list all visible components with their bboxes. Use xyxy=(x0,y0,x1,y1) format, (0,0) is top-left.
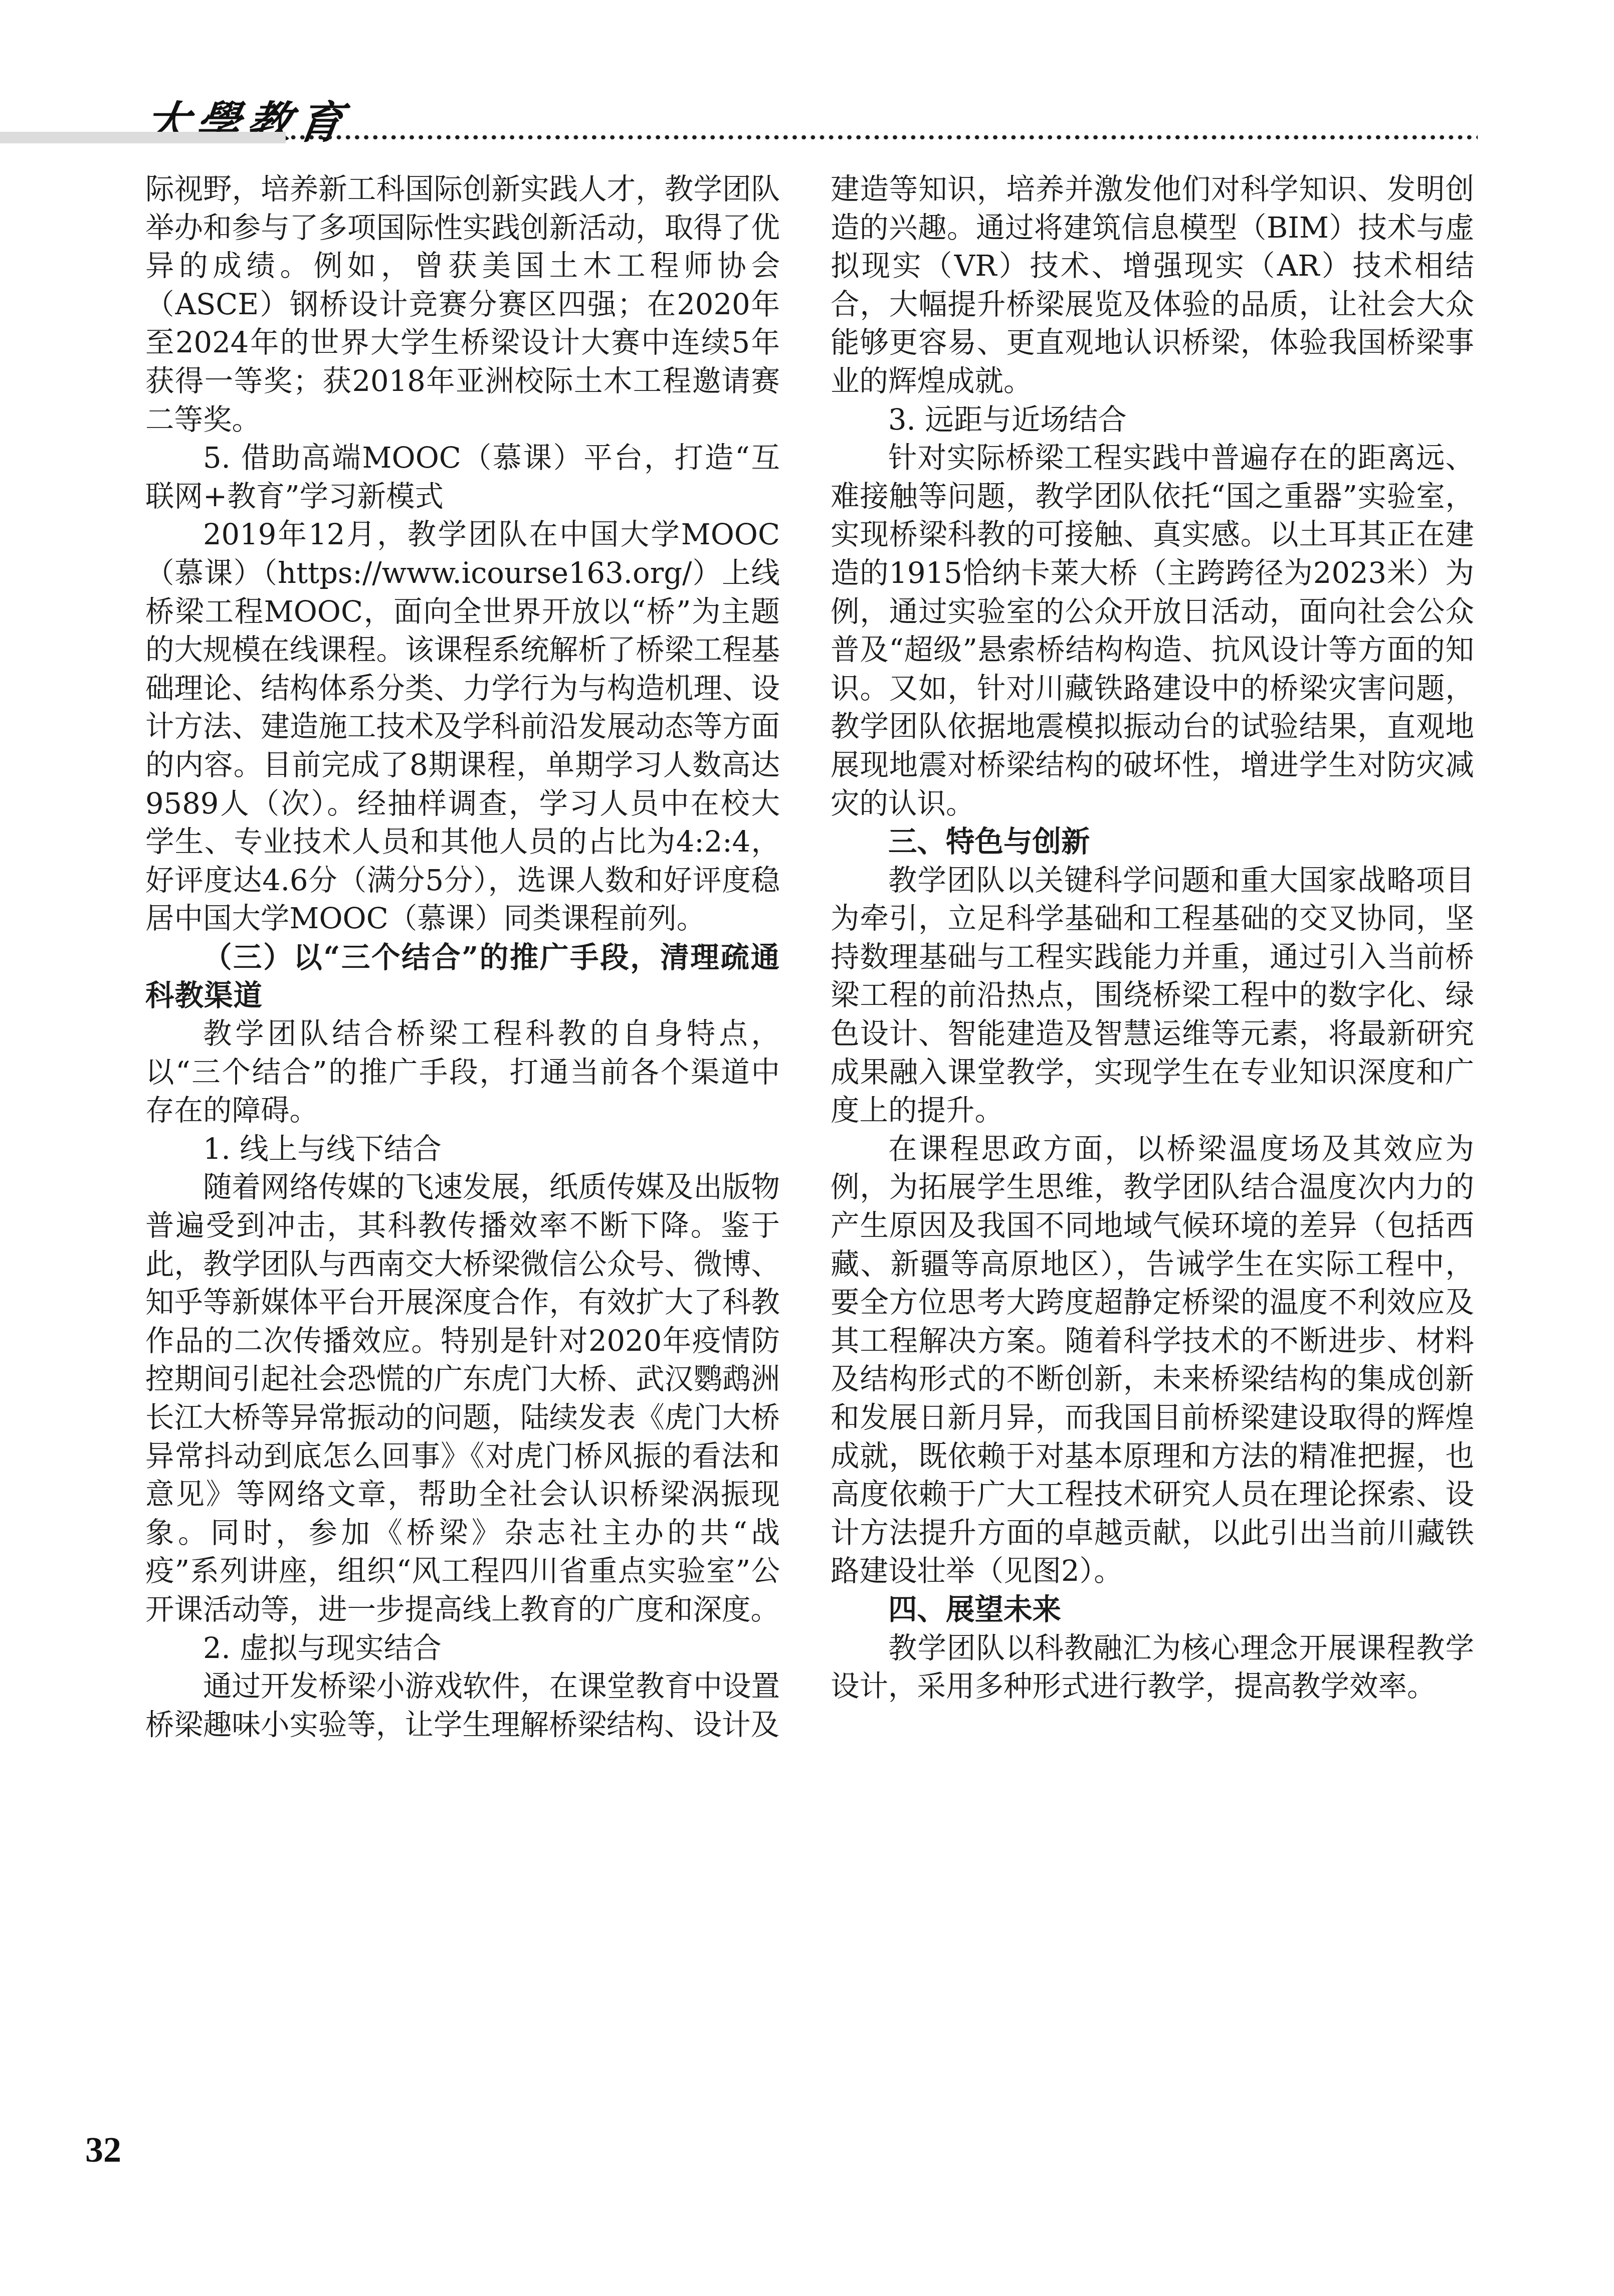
paragraph: 教学团队以关键科学问题和重大国家战略项目为牵引，立足科学基础和工程基础的交叉协同… xyxy=(831,862,1474,1130)
subheading-1: 1. 线上与线下结合 xyxy=(145,1130,780,1169)
section-title-3: 三、特色与创新 xyxy=(831,823,1474,862)
right-column: 建造等知识，培养并激发他们对科学知识、发明创造的兴趣。通过将建筑信息模型（BIM… xyxy=(831,170,1474,1706)
left-column: 际视野，培养新工科国际创新实践人才，教学团队举办和参与了多项国际性实践创新活动，… xyxy=(145,170,780,1744)
header-dotted-rule xyxy=(289,134,1478,140)
subheading-3: 3. 远距与近场结合 xyxy=(831,401,1474,440)
subheading-2: 2. 虚拟与现实结合 xyxy=(145,1629,780,1668)
paragraph: 教学团队结合桥梁工程科教的自身特点，以“三个结合”的推广手段，打通当前各个渠道中… xyxy=(145,1015,780,1130)
paragraph: 通过开发桥梁小游戏软件，在课堂教育中设置桥梁趣味小实验等，让学生理解桥梁结构、设… xyxy=(145,1667,780,1744)
paragraph: 在课程思政方面，以桥梁温度场及其效应为例，为拓展学生思维，教学团队结合温度次内力… xyxy=(831,1130,1474,1591)
page-number: 32 xyxy=(85,2129,121,2171)
paragraph: 2019年12月，教学团队在中国大学MOOC（慕课）（https://www.i… xyxy=(145,516,780,938)
paragraph: 教学团队以科教融汇为核心理念开展课程教学设计，采用多种形式进行教学，提高教学效率… xyxy=(831,1629,1474,1706)
paragraph: 际视野，培养新工科国际创新实践人才，教学团队举办和参与了多项国际性实践创新活动，… xyxy=(145,170,780,439)
paragraph: 针对实际桥梁工程实践中普遍存在的距离远、难接触等问题，教学团队依托“国之重器”实… xyxy=(831,439,1474,823)
subheading-5: 5. 借助高端MOOC（慕课）平台，打造“互联网+教育”学习新模式 xyxy=(145,439,780,516)
header-grey-bar xyxy=(0,132,286,143)
paragraph: 随着网络传媒的飞速发展，纸质传媒及出版物普遍受到冲击，其科教传播效率不断下降。鉴… xyxy=(145,1168,780,1629)
paragraph: 建造等知识，培养并激发他们对科学知识、发明创造的兴趣。通过将建筑信息模型（BIM… xyxy=(831,170,1474,401)
section-title-4: 四、展望未来 xyxy=(831,1591,1474,1629)
subsection-heading-three: （三）以“三个结合”的推广手段，清理疏通科教渠道 xyxy=(145,938,780,1015)
